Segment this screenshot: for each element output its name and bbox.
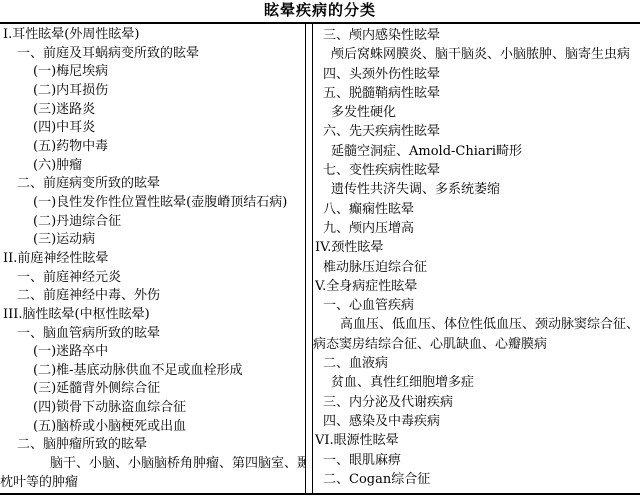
- text-line: 一、脑血管病所致的眩晕: [0, 325, 305, 344]
- page-title: 眩晕疾病的分类: [0, 0, 640, 22]
- text-line: 脑干、小脑、小脑脑桥角肿瘤、第四脑室、颞: [0, 455, 305, 474]
- text-line: 多发性硬化: [313, 103, 640, 122]
- text-line: 一、前庭神经元炎: [0, 269, 305, 288]
- left-column: I.耳性眩晕(外周性眩晕)一、前庭及耳蜗病变所致的眩晕(一)梅尼埃病(二)内耳损…: [0, 24, 306, 493]
- text-line: VI.眼源性眩晕: [313, 431, 640, 450]
- classification-table: I.耳性眩晕(外周性眩晕)一、前庭及耳蜗病变所致的眩晕(一)梅尼埃病(二)内耳损…: [0, 22, 640, 495]
- text-line: (三)运动病: [0, 231, 305, 250]
- text-line: 三、颅内感染性眩晕: [313, 26, 640, 45]
- text-line: 四、感染及中毒疾病: [313, 412, 640, 431]
- text-line: 延髓空洞症、Amold-Chiari畸形: [313, 142, 640, 161]
- text-line: (一)良性发作性位置性眩晕(壶腹嵴顶结石病): [0, 194, 305, 213]
- text-line: 颅后窝蛛网膜炎、脑干脑炎、小脑脓肿、脑寄生虫病: [313, 45, 640, 64]
- text-line: (一)梅尼埃病: [0, 63, 305, 82]
- text-line: III.脑性眩晕(中枢性眩晕): [0, 306, 305, 325]
- text-line: 八、癫痫性眩晕: [313, 200, 640, 219]
- text-line: IV.颈性眩晕: [313, 238, 640, 257]
- text-line: 二、脑肿瘤所致的眩晕: [0, 436, 305, 455]
- text-line: (三)迷路炎: [0, 101, 305, 120]
- document-page: 眩晕疾病的分类 I.耳性眩晕(外周性眩晕)一、前庭及耳蜗病变所致的眩晕(一)梅尼…: [0, 0, 640, 500]
- text-line: (二)椎-基底动脉供血不足或血栓形成: [0, 362, 305, 381]
- text-line: I.耳性眩晕(外周性眩晕): [0, 26, 305, 45]
- text-line: 遗传性共济失调、多系统萎缩: [313, 180, 640, 199]
- text-line: 三、内分泌及代谢疾病: [313, 393, 640, 412]
- text-line: 二、前庭病变所致的眩晕: [0, 175, 305, 194]
- text-line: (六)肿瘤: [0, 157, 305, 176]
- right-column: 三、颅内感染性眩晕颅后窝蛛网膜炎、脑干脑炎、小脑脓肿、脑寄生虫病四、头颈外伤性眩…: [313, 24, 640, 493]
- text-line: (四)中耳炎: [0, 119, 305, 138]
- text-line: 五、脱髓鞘病性眩晕: [313, 84, 640, 103]
- text-line: (一)迷路卒中: [0, 343, 305, 362]
- text-line: II.前庭神经性眩晕: [0, 250, 305, 269]
- text-line: 贫血、真性红细胞增多症: [313, 373, 640, 392]
- text-line: 四、头颈外伤性眩晕: [313, 65, 640, 84]
- text-line: (五)药物中毒: [0, 138, 305, 157]
- text-line: 九、颅内压增高: [313, 219, 640, 238]
- text-line: 一、心血管疾病: [313, 296, 640, 315]
- text-line: 高血压、低血压、体位性低血压、颈动脉窦综合征、: [313, 315, 640, 334]
- text-line: 七、变性疾病性眩晕: [313, 161, 640, 180]
- column-divider: [306, 24, 313, 493]
- text-line: 二、前庭神经中毒、外伤: [0, 287, 305, 306]
- text-line: (二)内耳损伤: [0, 82, 305, 101]
- text-line: 枕叶等的肿瘤: [0, 474, 305, 493]
- text-line: 二、Cogan综合征: [313, 470, 640, 489]
- text-line: (二)丹迪综合征: [0, 213, 305, 232]
- text-line: 椎动脉压迫综合征: [313, 258, 640, 277]
- text-line: 一、前庭及耳蜗病变所致的眩晕: [0, 45, 305, 64]
- text-line: (四)锁骨下动脉盗血综合征: [0, 399, 305, 418]
- text-line: 六、先天疾病性眩晕: [313, 122, 640, 141]
- text-line: V.全身病症性眩晕: [313, 277, 640, 296]
- text-line: 二、血液病: [313, 354, 640, 373]
- text-line: (五)脑桥或小脑梗死或出血: [0, 418, 305, 437]
- text-line: (三)延髓背外侧综合征: [0, 380, 305, 399]
- text-line: 病态窦房结综合征、心肌缺血、心瓣膜病: [313, 335, 640, 354]
- text-line: 一、眼肌麻痹: [313, 451, 640, 470]
